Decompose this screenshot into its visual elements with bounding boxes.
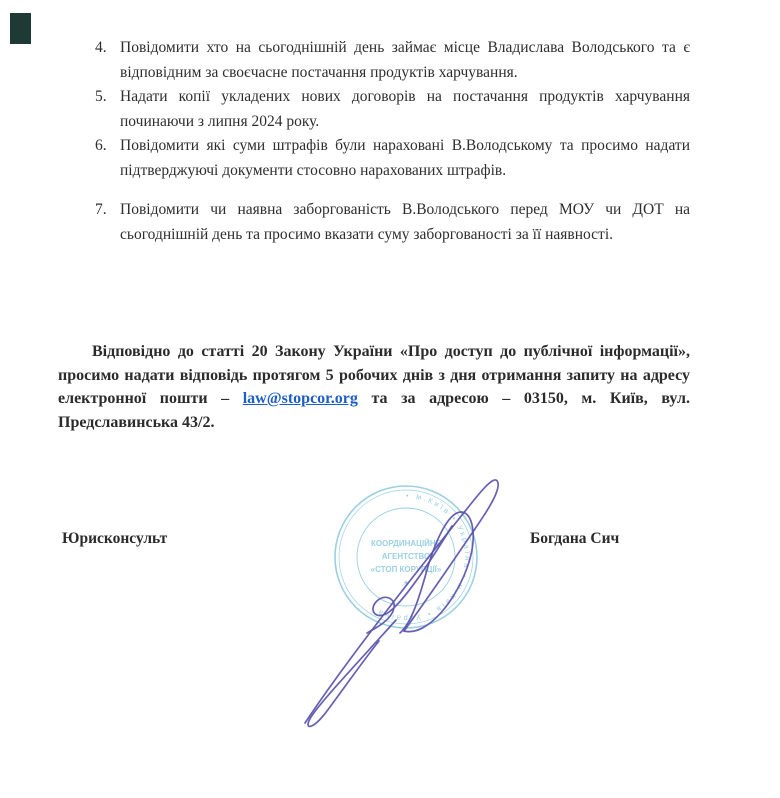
signatory-name: Богдана Сич <box>530 530 619 548</box>
document-page: 4. Повідомити хто на сьогоднішній день з… <box>0 0 780 798</box>
list-item: 5. Надати копії укладених нових договорі… <box>95 85 690 134</box>
list-item: 4. Повідомити хто на сьогоднішній день з… <box>95 36 690 85</box>
legal-paragraph: Відповідно до статті 20 Закону України «… <box>58 340 690 434</box>
handwritten-signature <box>293 468 511 734</box>
item-number: 7. <box>95 198 120 247</box>
item-number: 6. <box>95 134 120 183</box>
list-item: 7. Повідомити чи наявна заборгованість В… <box>95 198 690 247</box>
email-link[interactable]: law@stopcor.org <box>243 390 358 407</box>
request-list: 4. Повідомити хто на сьогоднішній день з… <box>95 36 690 247</box>
list-item: 6. Повідомити які суми штрафів були нара… <box>95 134 690 183</box>
corner-artifact <box>10 13 31 44</box>
signature-role-label: Юрисконсульт <box>62 530 167 548</box>
item-text: Повідомити які суми штрафів були нарахов… <box>120 134 690 183</box>
item-number: 5. <box>95 85 120 134</box>
item-number: 4. <box>95 36 120 85</box>
item-text: Повідомити чи наявна заборгованість В.Во… <box>120 198 690 247</box>
item-text: Повідомити хто на сьогоднішній день займ… <box>120 36 690 85</box>
item-text: Надати копії укладених нових договорів н… <box>120 85 690 134</box>
